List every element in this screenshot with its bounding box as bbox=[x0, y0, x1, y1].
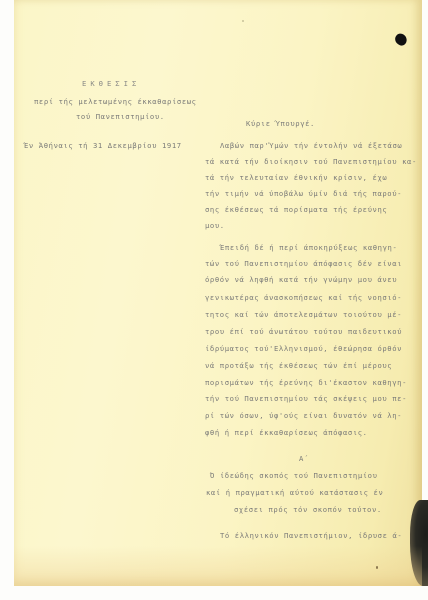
paragraph2-line: τήν τού Πανεπιστημίου τάς σκέψεις μου πε… bbox=[205, 395, 407, 402]
paragraph1-line: τά κατά τήν διοίκησιν τού Πανεπιστημίου … bbox=[205, 158, 417, 165]
document-page: ΕΚΘΕΣΙΣ περί τής μελετωμένης έκκαθαρίσεω… bbox=[14, 0, 422, 586]
paragraph4-line: Τό έλληνικόν Πανεπιστήμιον, ίδρυσε ά- bbox=[220, 532, 402, 539]
paragraph2-line: νά προτάξω τής έκθέσεως τών έπί μέρους bbox=[205, 362, 392, 369]
paragraph1-line: τά τήν τελευταίαν έθνικήν κρίσιν, έχω bbox=[205, 174, 387, 181]
section-heading-line: καί ή πραγματική αύτού κατάστασις έν bbox=[206, 489, 383, 496]
document-subtitle-line1: περί τής μελετωμένης έκκαθαρίσεως bbox=[34, 98, 197, 105]
paragraph1-line: σης έκθέσεως τά πορίσματα τής έρεύνης bbox=[205, 206, 387, 213]
section-heading-line: σχέσει πρός τόν σκοπόν τούτον. bbox=[234, 506, 382, 513]
paragraph2-line: πορισμάτων τής έρεύνης δι'έκαστον καθηγη… bbox=[205, 379, 407, 386]
document-subtitle-line2: τού Πανεπιστημίου. bbox=[76, 113, 165, 120]
paragraph1-line: Λαβών παρ'Ύμών τήν έντολήν νά έξετάσω bbox=[220, 142, 402, 149]
paragraph2-line: τών τού Πανεπιστημίου άπόφασις δέν είναι bbox=[205, 260, 402, 267]
paragraph2-line: φθή ή περί έκκαθαρίσεως άπόφασις. bbox=[205, 429, 368, 436]
paragraph2-line: τρου έπί τού άνωτάτου τούτου παιδευτικού bbox=[205, 328, 402, 335]
paragraph2-line: ρί τών όσων, ύφ'ούς είναι δυνατόν νά λη- bbox=[205, 412, 402, 419]
paragraph2-line: γενικωτέρας άνασκοπήσεως καί τής νοησιό- bbox=[205, 294, 402, 301]
section-heading-line: Ό ίδεώδης σκοπός τού Πανεπιστημίου bbox=[210, 472, 378, 479]
dark-stain bbox=[410, 500, 428, 586]
salutation: Κύριε Ύπουργέ. bbox=[246, 120, 315, 127]
speck-mark bbox=[376, 566, 378, 569]
speck-mark bbox=[242, 20, 244, 22]
ink-stain bbox=[393, 32, 409, 48]
paragraph2-line: τητος καί τών άποτελεσμάτων τοιούτου μέ- bbox=[205, 311, 402, 318]
paragraph2-line: όρθόν νά ληφθή κατά τήν γνώμην μου άνευ bbox=[205, 276, 397, 283]
document-title: ΕΚΘΕΣΙΣ bbox=[82, 80, 140, 87]
paragraph2-line: Έπειδή δέ ή περί άποκηρύξεως καθηγη- bbox=[220, 244, 397, 251]
paragraph1-line: τήν τιμήν νά ύποβάλω ύμίν διά τής παρού- bbox=[205, 190, 402, 197]
paragraph1-line: μου. bbox=[205, 222, 225, 229]
section-marker: Α΄ bbox=[299, 455, 309, 462]
paragraph2-line: ίδρύματος τού'Ελληνισμού, έθεώρησα όρθόν bbox=[205, 345, 402, 352]
dateline: Έν Άθήναις τή 31 Δεκεμβρίου 1917 bbox=[24, 142, 182, 149]
